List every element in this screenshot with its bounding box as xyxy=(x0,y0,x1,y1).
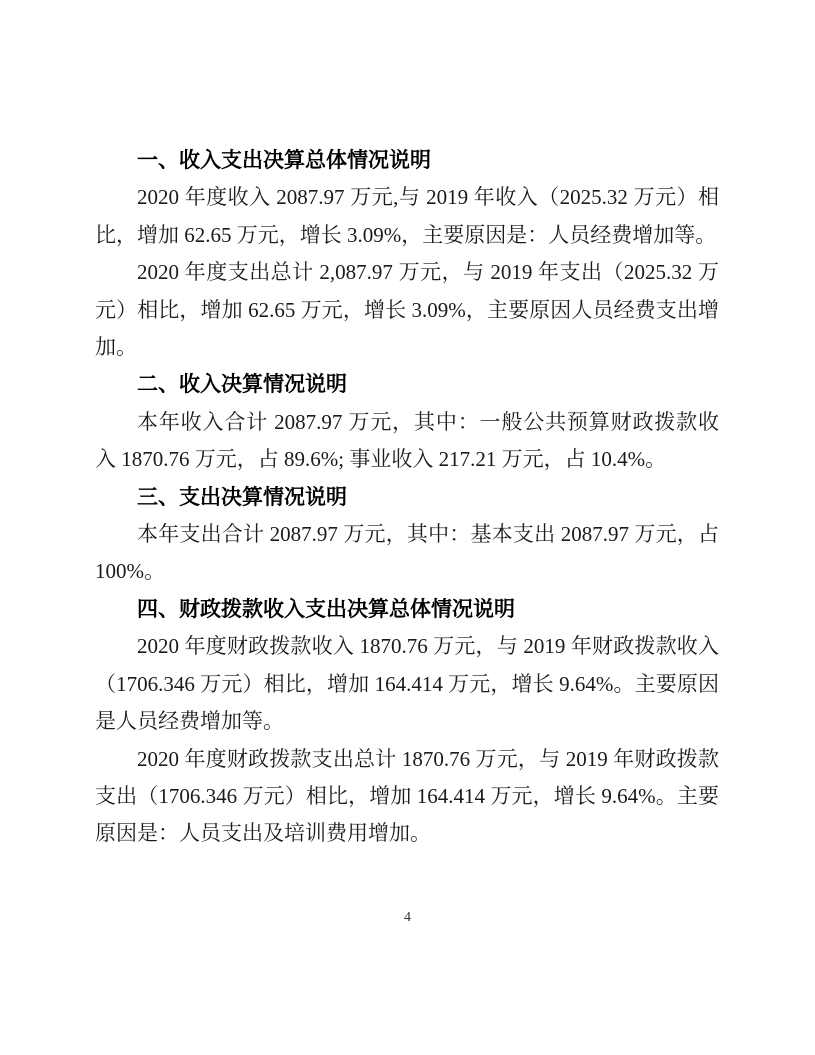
body-paragraph: 本年支出合计 2087.97 万元，其中：基本支出 2087.97 万元，占 1… xyxy=(95,516,719,591)
body-paragraph: 本年收入合计 2087.97 万元，其中：一般公共预算财政拨款收入 1870.7… xyxy=(95,404,719,479)
section-heading: 一、收入支出决算总体情况说明 xyxy=(95,142,719,179)
document-body: 一、收入支出决算总体情况说明2020 年度收入 2087.97 万元,与 201… xyxy=(95,142,719,853)
body-paragraph: 2020 年度收入 2087.97 万元,与 2019 年收入（2025.32 … xyxy=(95,179,719,254)
section-heading: 四、财政拨款收入支出决算总体情况说明 xyxy=(95,591,719,628)
body-paragraph: 2020 年度支出总计 2,087.97 万元，与 2019 年支出（2025.… xyxy=(95,254,719,366)
document-page: 一、收入支出决算总体情况说明2020 年度收入 2087.97 万元,与 201… xyxy=(0,0,815,1055)
body-paragraph: 2020 年度财政拨款支出总计 1870.76 万元，与 2019 年财政拨款支… xyxy=(95,741,719,853)
page-number: 4 xyxy=(0,908,815,928)
section-heading: 三、支出决算情况说明 xyxy=(95,479,719,516)
body-paragraph: 2020 年度财政拨款收入 1870.76 万元，与 2019 年财政拨款收入（… xyxy=(95,628,719,740)
section-heading: 二、收入决算情况说明 xyxy=(95,366,719,403)
